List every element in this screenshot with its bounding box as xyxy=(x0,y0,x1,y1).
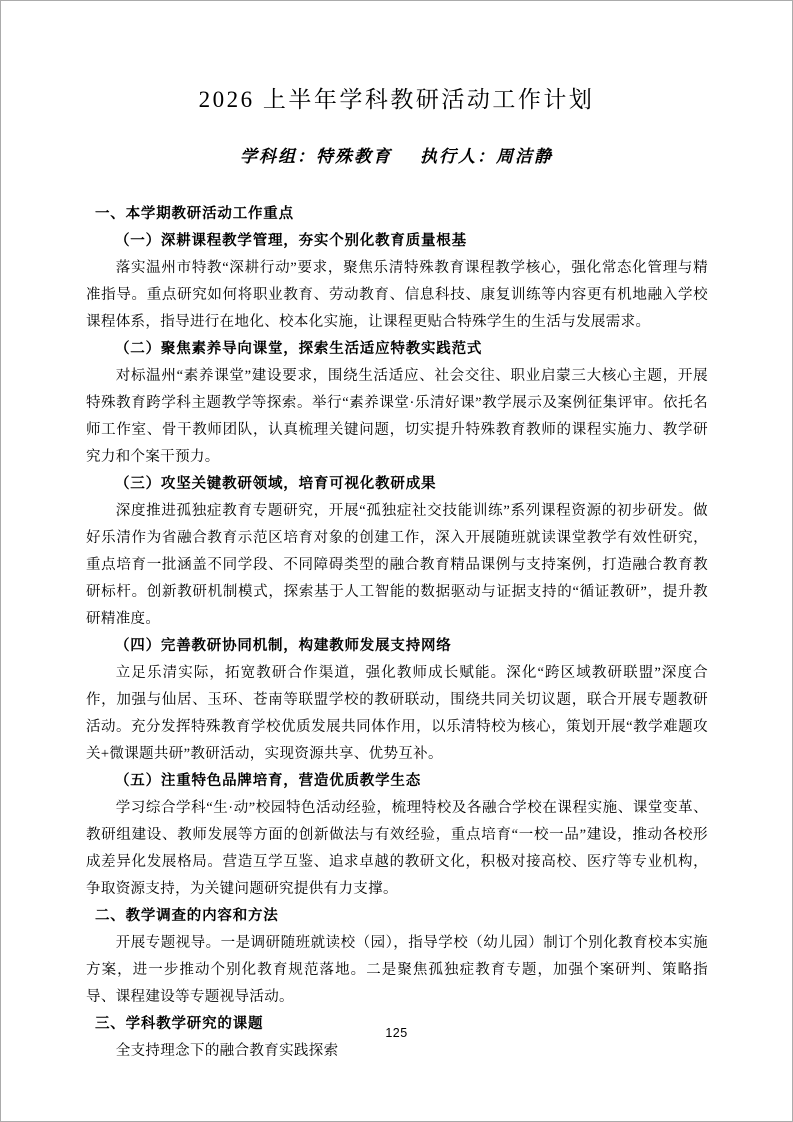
subsection-heading: （二）聚焦素养导向课堂，探索生活适应特教实践范式 xyxy=(86,336,708,363)
paragraph: 学习综合学科“生·动”校园特色活动经验，梳理特校及各融合学校在课程实施、课堂变革… xyxy=(86,795,708,903)
paragraph: 落实温州市特教“深耕行动”要求，聚焦乐清特殊教育课程教学核心，强化常态化管理与精… xyxy=(86,255,708,336)
paragraph: 立足乐清实际，拓宽教研合作渠道，强化教师成长赋能。深化“跨区域教研联盟”深度合作… xyxy=(86,660,708,768)
subsection-heading: （一）深耕课程教学管理，夯实个别化教育质量根基 xyxy=(86,228,708,255)
section-heading: 二、教学调查的内容和方法 xyxy=(86,903,708,930)
subsection-heading: （三）攻坚关键教研领域，培育可视化教研成果 xyxy=(86,471,708,498)
meta-subject-group: 学科组：特殊教育 xyxy=(240,147,392,166)
paragraph: 全支持理念下的融合教育实践探索 xyxy=(86,1038,708,1065)
meta-executor: 执行人：周洁静 xyxy=(420,147,553,166)
paragraph: 对标温州“素养课堂”建设要求，围绕生活适应、社会交往、职业启蒙三大核心主题，开展… xyxy=(86,363,708,471)
section-heading: 一、本学期教研活动工作重点 xyxy=(86,201,708,228)
paragraph: 深度推进孤独症教育专题研究，开展“孤独症社交技能训练”系列课程资源的初步研发。做… xyxy=(86,498,708,633)
document-page: 2026 上半年学科教研活动工作计划 学科组：特殊教育执行人：周洁静 一、本学期… xyxy=(0,0,793,1122)
document-title: 2026 上半年学科教研活动工作计划 xyxy=(1,85,792,115)
document-body: 一、本学期教研活动工作重点 （一）深耕课程教学管理，夯实个别化教育质量根基 落实… xyxy=(86,201,708,1065)
subsection-heading: （五）注重特色品牌培育，营造优质教学生态 xyxy=(86,768,708,795)
document-meta: 学科组：特殊教育执行人：周洁静 xyxy=(1,146,792,168)
subsection-heading: （四）完善教研协同机制，构建教师发展支持网络 xyxy=(86,633,708,660)
paragraph: 开展专题视导。一是调研随班就读校（园），指导学校（幼儿园）制订个别化教育校本实施… xyxy=(86,930,708,1011)
page-number: 125 xyxy=(1,1026,792,1040)
